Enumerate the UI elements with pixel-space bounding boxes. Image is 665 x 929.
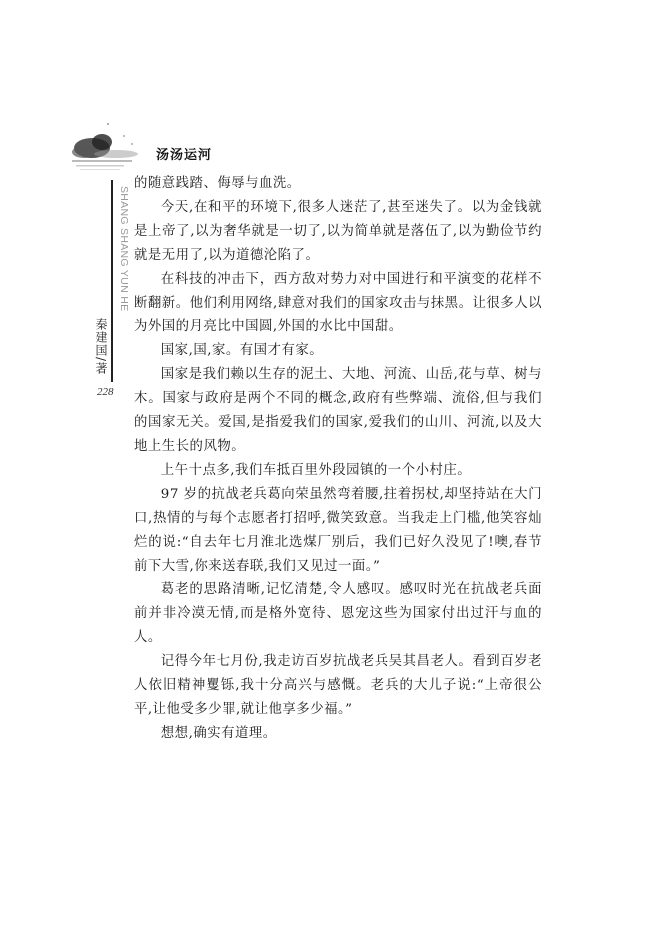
paragraph: 今天,在和平的环境下,很多人迷茫了,甚至迷失了。以为金钱就是上帝了,以为奢华就是… [134,196,542,268]
body-text: 的随意践踏、侮辱与血洗。 今天,在和平的环境下,很多人迷茫了,甚至迷失了。以为金… [134,172,542,746]
side-divider [111,180,113,382]
paragraph: 记得今年七月份,我走访百岁抗战老兵吴其昌老人。看到百岁老人依旧精神矍铄,我十分高… [134,650,542,722]
paragraph: 97 岁的抗战老兵葛向荣虽然弯着腰,拄着拐杖,却坚持站在大门口,热情的与每个志愿… [134,483,542,579]
author-credit: 秦建国/著 [94,318,110,375]
paragraph: 国家是我们赖以生存的泥土、大地、河流、山岳,花与草、树与木。国家与政府是两个不同… [134,363,542,459]
paragraph: 葛老的思路清晰,记忆清楚,令人感叹。感叹时光在抗战老兵面前并非冷漠无情,而是格外… [134,578,542,650]
running-header: 汤汤运河 [66,118,366,178]
page-number: 228 [97,386,114,398]
paragraph: 国家,国,家。有国才有家。 [134,339,542,363]
book-title: 汤汤运河 [156,144,212,163]
side-latin-title: SHANG SHANG YUN HE [116,186,130,336]
ink-landscape-icon [66,118,154,176]
paragraph: 上午十点多,我们车抵百里外段园镇的一个小村庄。 [134,459,542,483]
paragraph: 在科技的冲击下，西方敌对势力对中国进行和平演变的花样不断翻新。他们利用网络,肆意… [134,268,542,340]
paragraph: 想想,确实有道理。 [134,722,542,746]
paragraph: 的随意践踏、侮辱与血洗。 [134,172,542,196]
